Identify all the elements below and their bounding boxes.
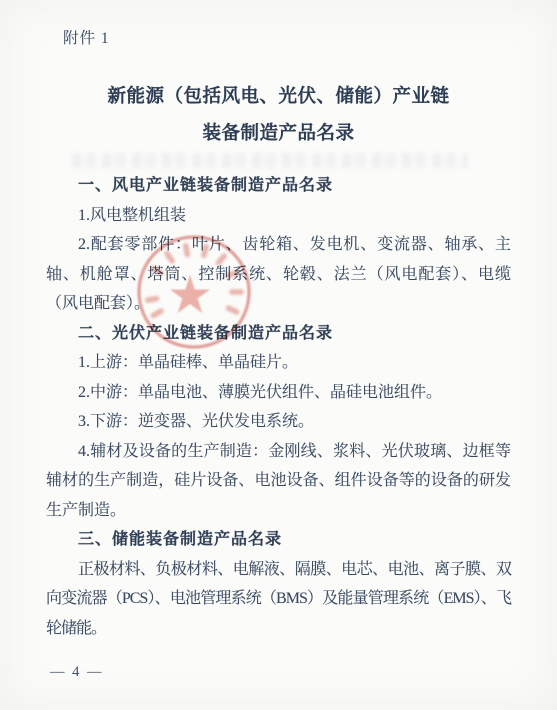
- section-1-heading: 一、风电产业链装备制造产品名录: [46, 171, 511, 201]
- scan-ghosting-artifact: [72, 153, 468, 168]
- section-1-paragraph-1: 1.风电整机组装: [46, 201, 511, 231]
- section-1-paragraph-2: 2.配套零部件：叶片、齿轮箱、发电机、变流器、轴承、主轴、机舱罩、塔筒、控制系统…: [46, 230, 511, 319]
- section-2-heading: 二、光伏产业链装备制造产品名录: [46, 319, 511, 349]
- title-line-2: 装备制造产品名录: [0, 116, 557, 153]
- section-2-paragraph-4: 4.辅材及设备的生产制造：金刚线、浆料、光伏玻璃、边框等辅材的生产制造，硅片设备…: [46, 437, 511, 526]
- section-3-paragraph-1: 正极材料、负极材料、电解液、隔膜、电芯、电池、离子膜、双向变流器（PCS）、电池…: [46, 555, 511, 644]
- document-page: 附件 1 新能源（包括风电、光伏、储能）产业链 装备制造产品名录 一、风电产业链…: [0, 0, 557, 710]
- title-line-1: 新能源（包括风电、光伏、储能）产业链: [0, 79, 557, 116]
- section-2-paragraph-1: 1.上游：单晶硅棒、单晶硅片。: [46, 348, 511, 378]
- section-2-paragraph-2: 2.中游：单晶电池、薄膜光伏组件、晶硅电池组件。: [46, 378, 511, 408]
- attachment-label: 附件 1: [63, 26, 110, 48]
- section-2-paragraph-3: 3.下游：逆变器、光伏发电系统。: [46, 407, 511, 437]
- page-number: — 4 —: [50, 664, 104, 681]
- document-title: 新能源（包括风电、光伏、储能）产业链 装备制造产品名录: [0, 79, 557, 153]
- section-3-heading: 三、储能装备制造产品名录: [46, 525, 511, 555]
- document-body: 一、风电产业链装备制造产品名录 1.风电整机组装 2.配套零部件：叶片、齿轮箱、…: [46, 171, 511, 643]
